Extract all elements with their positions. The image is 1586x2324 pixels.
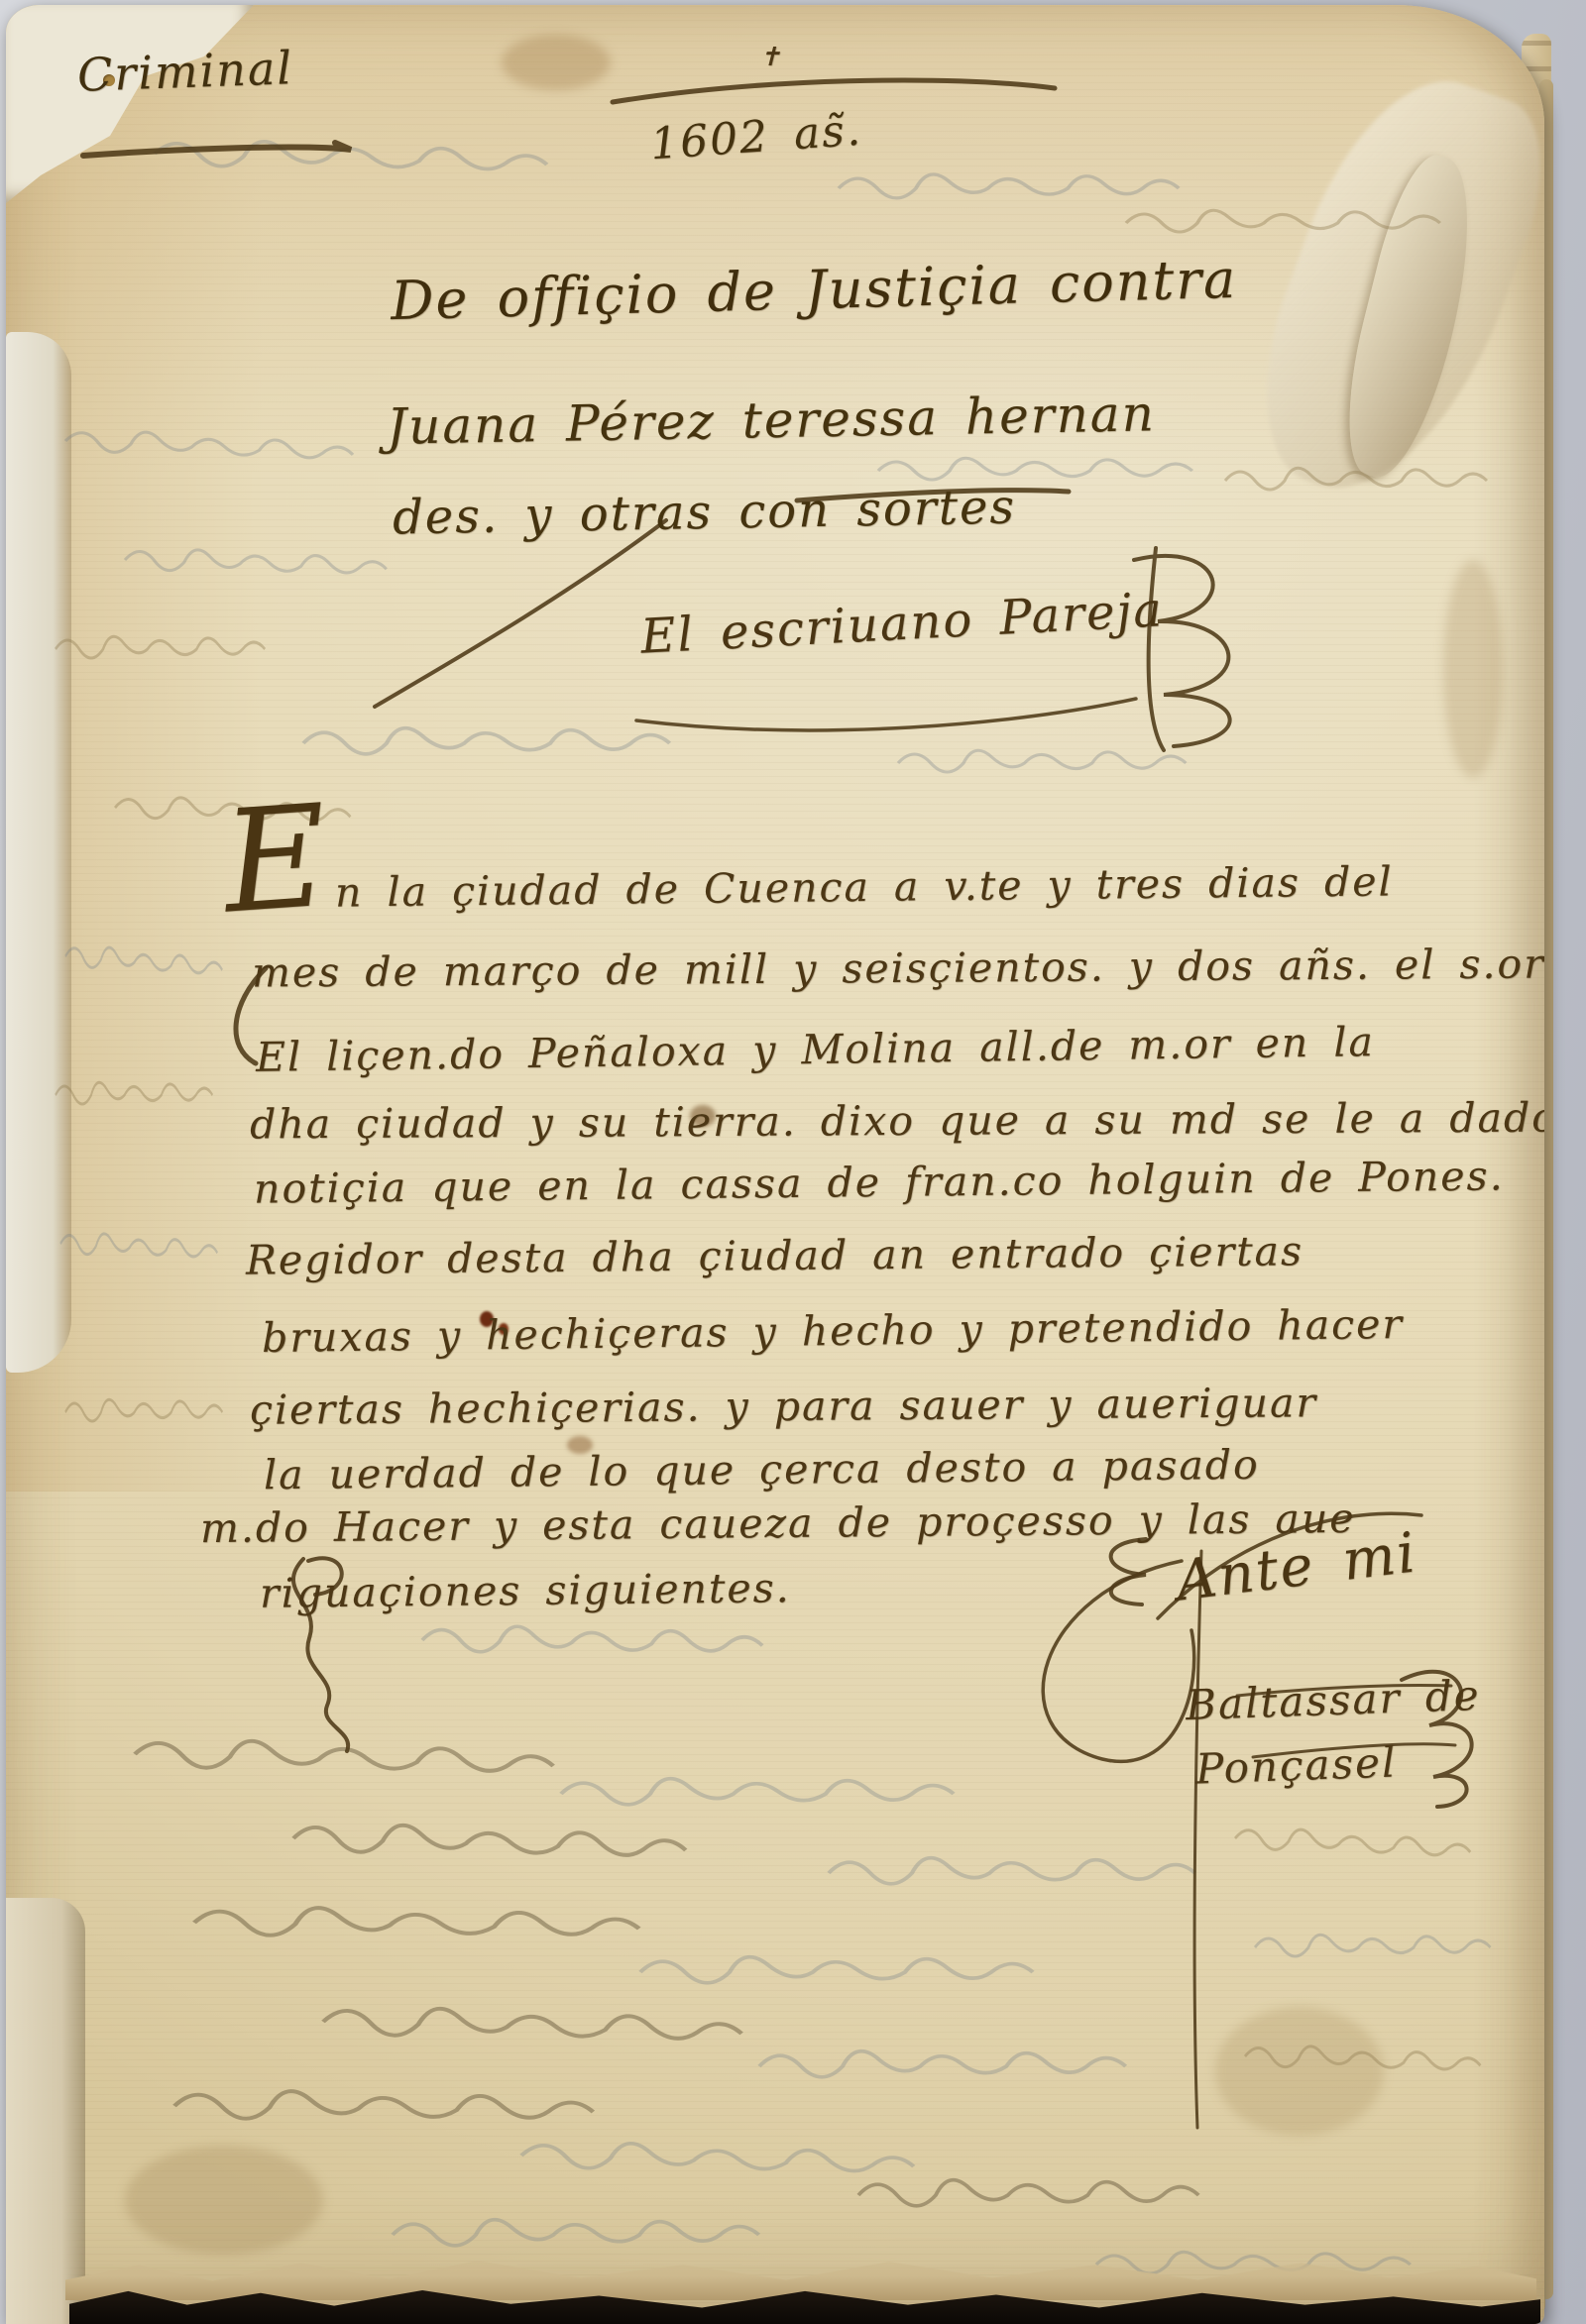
- body-line: mes de março de mill y seisçientos. y do…: [252, 940, 1544, 996]
- scanner-background: { "document": { "classification_label": …: [0, 0, 1586, 2324]
- invocation-cross: ✝: [759, 43, 781, 72]
- signature-underline: [636, 699, 1136, 730]
- archive-classification-label: Criminal: [76, 41, 294, 102]
- pareja-rubric: [1134, 548, 1230, 750]
- body-line: dha çiudad y su tierra. dixo que a su md…: [250, 1094, 1544, 1149]
- notary-signature-line-1: Baltassar de: [1185, 1671, 1481, 1729]
- notary-signature-line-2: Ponçasel: [1194, 1737, 1398, 1793]
- criminal-underline: [83, 143, 351, 156]
- signature-vertical-stroke: [1194, 1551, 1201, 2128]
- manuscript-page: Criminal ✝ 1602 as̃. De offiçio de Justi…: [6, 5, 1544, 2324]
- body-line: m.do Hacer y esta caueza de proçesso y l…: [200, 1494, 1356, 1552]
- body-line: riguaçiones siguientes.: [260, 1564, 791, 1617]
- header-rule-stroke: [613, 80, 1055, 102]
- title-descender-stroke: [375, 520, 666, 707]
- body-line: çiertas hechiçerias. y para sauer y auer…: [250, 1379, 1317, 1434]
- ante-mi-loop: [1043, 1561, 1193, 1761]
- body-line: Regidor desta dha çiudad an entrado çier…: [246, 1227, 1303, 1283]
- opening-initial: E: [220, 800, 332, 920]
- case-title-line-3: des. y otras con sortes: [393, 480, 1017, 546]
